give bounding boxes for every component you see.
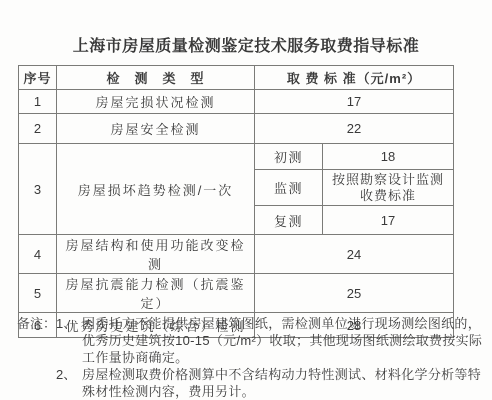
row-index: 1 xyxy=(19,90,57,114)
fee-value: 按照勘察设计监测收费标准 xyxy=(323,170,454,206)
inspection-type: 房屋结构和使用功能改变检测 xyxy=(57,235,255,274)
table-row: 3 房屋损坏趋势检测/一次 初测 18 xyxy=(19,144,454,170)
note-item-1: 1、 因委托方不能提供房屋建筑图纸，需检测单位进行现场测绘图纸的， 优秀历史建筑… xyxy=(56,315,482,366)
table-row: 2 房屋安全检测 22 xyxy=(19,114,454,144)
col-header-fee: 取 费 标 准（元/m²） xyxy=(255,66,454,90)
stage-label: 复测 xyxy=(255,206,323,235)
notes-section: 备注： 1、 因委托方不能提供房屋建筑图纸，需检测单位进行现场测绘图纸的， 优秀… xyxy=(17,315,479,400)
inspection-type: 房屋安全检测 xyxy=(57,114,255,144)
fee-value: 25 xyxy=(255,274,454,313)
fee-value: 17 xyxy=(323,206,454,235)
stage-label: 初测 xyxy=(255,144,323,170)
col-header-type: 检 测 类 型 xyxy=(57,66,255,90)
note-item-2: 2、 房屋检测取费价格测算中不含结构动力特性测试、材料化学分析等特 殊材性检测内… xyxy=(56,366,482,400)
stage-label: 监测 xyxy=(255,170,323,206)
inspection-type: 房屋损坏趋势检测/一次 xyxy=(57,144,255,235)
fee-value: 17 xyxy=(255,90,454,114)
col-header-index: 序号 xyxy=(19,66,57,90)
note-text-line: 因委托方不能提供房屋建筑图纸，需检测单位进行现场测绘图纸的， xyxy=(82,315,482,332)
row-index: 4 xyxy=(19,235,57,274)
fee-value: 22 xyxy=(255,114,454,144)
note-text-line: 工作量协商确定。 xyxy=(82,349,482,366)
fee-value: 18 xyxy=(323,144,454,170)
note-text-line: 房屋检测取费价格测算中不含结构动力特性测试、材料化学分析等特 xyxy=(82,366,482,383)
document-page: 上海市房屋质量检测鉴定技术服务取费指导标准 序号 检 测 类 型 取 费 标 准… xyxy=(0,0,492,400)
table-row: 5 房屋抗震能力检测（抗震鉴定） 25 xyxy=(19,274,454,313)
row-index: 5 xyxy=(19,274,57,313)
note-text-line: 优秀历史建筑按10-15（元/m²）收取；其他现场图纸测绘取费按实际 xyxy=(82,332,482,349)
inspection-type: 房屋完损状况检测 xyxy=(57,90,255,114)
table-row: 4 房屋结构和使用功能改变检测 24 xyxy=(19,235,454,274)
document-title: 上海市房屋质量检测鉴定技术服务取费指导标准 xyxy=(0,33,492,56)
row-index: 2 xyxy=(19,114,57,144)
fee-value: 24 xyxy=(255,235,454,274)
inspection-type: 房屋抗震能力检测（抗震鉴定） xyxy=(57,274,255,313)
fee-standard-table: 序号 检 测 类 型 取 费 标 准（元/m²） 1 房屋完损状况检测 17 2… xyxy=(18,65,454,338)
note-number: 1、 xyxy=(56,315,82,366)
note-text-line: 殊材性检测内容，费用另计。 xyxy=(82,383,482,400)
table-row: 1 房屋完损状况检测 17 xyxy=(19,90,454,114)
notes-label: 备注： xyxy=(17,315,56,400)
note-number: 2、 xyxy=(56,366,82,400)
table-header-row: 序号 检 测 类 型 取 费 标 准（元/m²） xyxy=(19,66,454,90)
row-index: 3 xyxy=(19,144,57,235)
